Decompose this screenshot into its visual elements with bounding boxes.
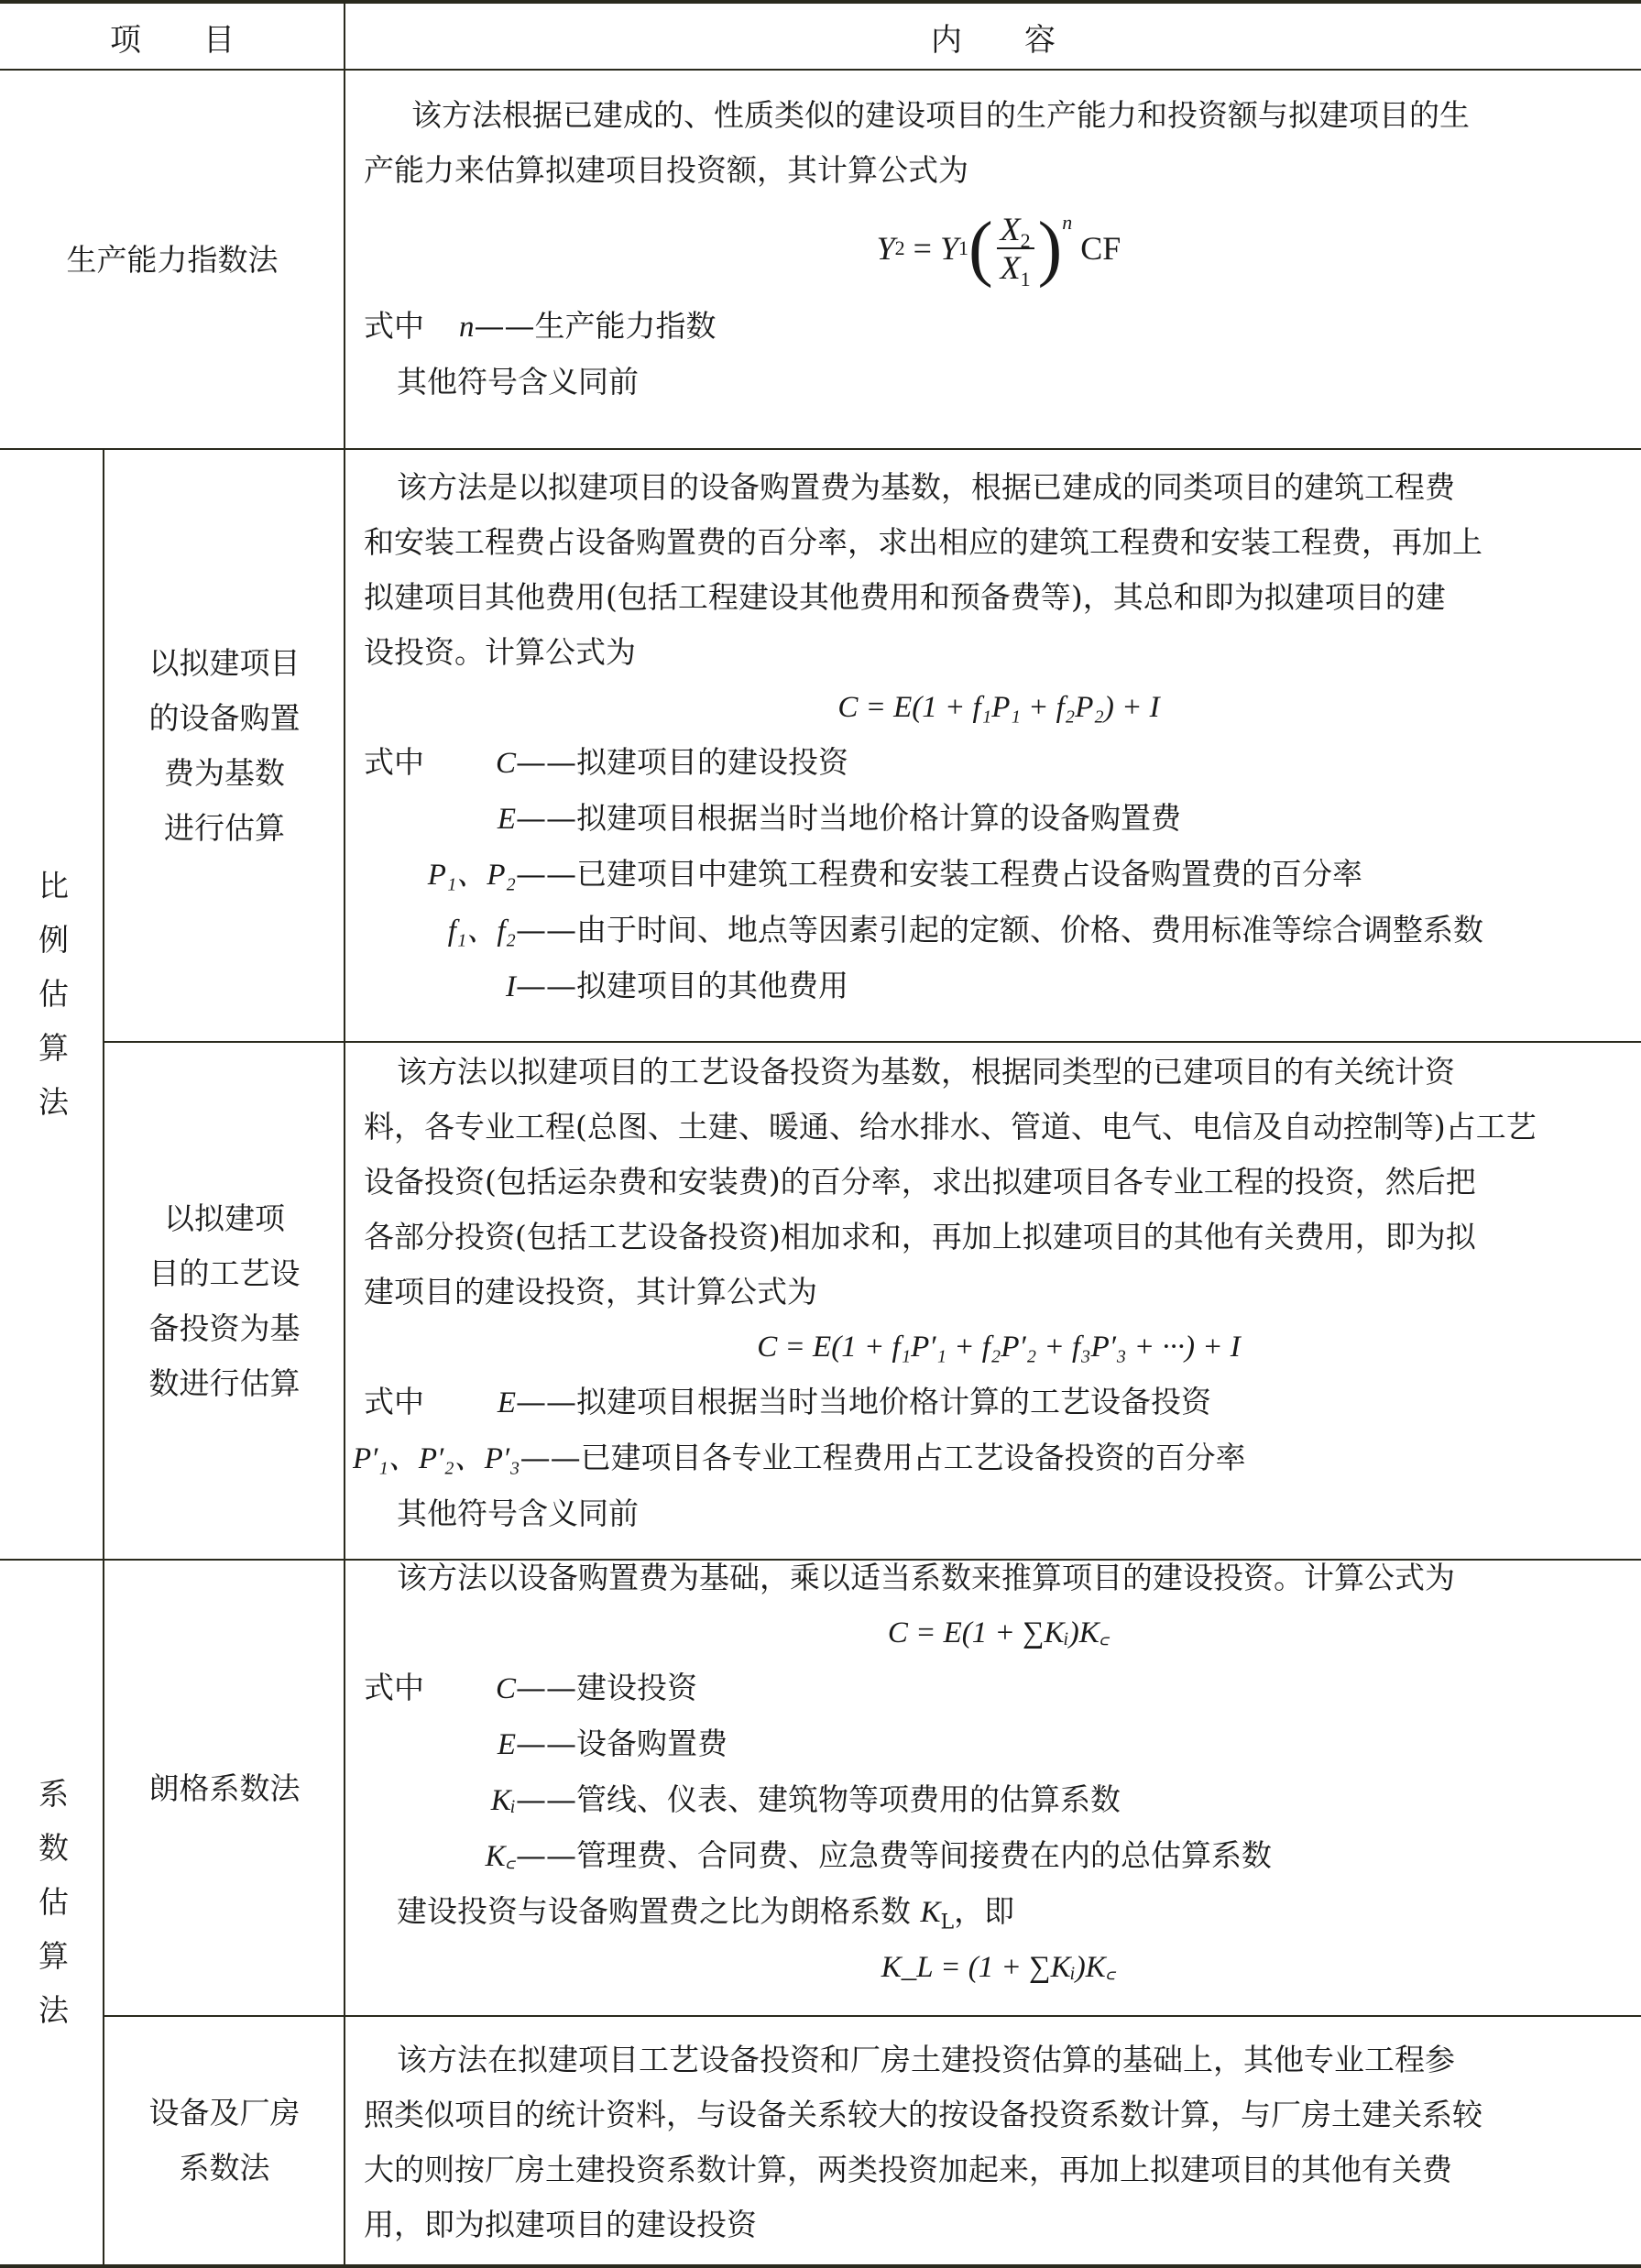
paragraph-line: 用，即为拟建项目的建设投资 (364, 2197, 1634, 2252)
definition-line: E——设备购置费 (364, 1716, 1634, 1772)
paragraph-line: 照类似项目的统计资料，与设备关系较大的按设备投资系数计算，与厂房土建关系较 (364, 2087, 1634, 2142)
left-paren: ( (968, 212, 993, 285)
fraction: X2 X1 (997, 211, 1034, 286)
table-bottom-rule (0, 2264, 1641, 2268)
right-paren: ) (1038, 212, 1063, 285)
method-label-line: 备投资为基 (149, 1301, 301, 1356)
content-process-equipment-base: 该方法以拟建项目的工艺设备投资为基数，根据同类型的已建项目的有关统计资 料，各专… (345, 1045, 1641, 1541)
header-item-label: 项 目 (110, 15, 235, 60)
paragraph-line: 大的则按厂房土建投资系数计算，两类投资加起来，再加上拟建项目的其他有关费 (364, 2142, 1634, 2197)
definition-line: f₁、f₂——由于时间、地点等因素引起的定额、价格、费用标准等综合调整系数 (364, 903, 1634, 959)
formula-lang-factor: K_L = (1 + ∑Kᵢ)K꜀ (364, 1940, 1634, 1995)
method-label-line: 的设备购置 (149, 691, 301, 746)
method-label: 朗格系数法 (149, 1761, 301, 1816)
content-capacity-index: 该方法根据已建成的、性质类似的建设项目的生产能力和投资额与拟建项目的生 产能力来… (345, 88, 1641, 410)
paragraph-line: 该方法根据已建成的、性质类似的建设项目的生产能力和投资额与拟建项目的生 (364, 88, 1634, 143)
category-coefficient: 系数估算法 (0, 1561, 103, 2265)
paragraph-line: 该方法在拟建项目工艺设备投资和厂房土建投资估算的基础上，其他专业工程参 (364, 2032, 1634, 2087)
header-content: 内 容 (345, 4, 1641, 70)
method-equipment-plant-factor: 设备及厂房 系数法 (104, 2017, 345, 2264)
extra-line: 建设投资与设备购置费之比为朗格系数 KL，即 (364, 1884, 1634, 1940)
content-equipment-plant-factor: 该方法在拟建项目工艺设备投资和厂房土建投资估算的基础上，其他专业工程参 照类似项… (345, 2032, 1641, 2252)
method-lang-factor: 朗格系数法 (104, 1561, 345, 2016)
definition-line: K꜀——管理费、合同费、应急费等间接费在内的总估算系数 (364, 1828, 1634, 1884)
method-label-line: 费为基数 (164, 746, 285, 801)
note-line: 其他符号含义同前 (364, 1486, 1634, 1541)
note-line: 其他符号含义同前 (364, 355, 1634, 410)
estimation-methods-table: 项 目 内 容 生产能力指数法 该方法根据已建成的、性质类似的建设项目的生产能力… (0, 0, 1641, 2268)
definition-line: 式中E——拟建项目根据当时当地价格计算的工艺设备投资 (364, 1375, 1634, 1430)
header-item: 项 目 (0, 4, 345, 70)
method-label-line: 系数法 (180, 2141, 270, 2196)
method-label-line: 进行估算 (164, 801, 285, 856)
content-equipment-purchase-base: 该方法是以拟建项目的设备购置费为基数，根据已建成的同类项目的建筑工程费 和安装工… (345, 460, 1641, 1014)
formula-process-equipment: C = E(1 + f₁P′₁ + f₂P′₂ + f₃P′₃ + ···) +… (364, 1320, 1634, 1375)
method-process-equipment-base: 以拟建项 目的工艺设 备投资为基 数进行估算 (104, 1043, 345, 1560)
method-label-line: 以拟建项目 (149, 636, 301, 691)
paragraph-line: 拟建项目其他费用(包括工程建设其他费用和预备费等)，其总和即为拟建项目的建 (364, 570, 1634, 625)
formula-lang: C = E(1 + ∑Kᵢ)K꜀ (364, 1605, 1634, 1660)
definition-line: I——拟建项目的其他费用 (364, 959, 1634, 1014)
definition-line: 式中C——建设投资 (364, 1660, 1634, 1716)
category-proportional: 比例估算法 (0, 450, 103, 1560)
formula-capacity-index: Y2 = Y1 ( X2 X1 )n CF (364, 198, 1634, 299)
method-label-line: 目的工艺设 (149, 1246, 301, 1301)
paragraph-line: 建项目的建设投资，其计算公式为 (364, 1265, 1634, 1320)
paragraph-line: 该方法是以拟建项目的设备购置费为基数，根据已建成的同类项目的建筑工程费 (364, 460, 1634, 515)
definition-line: Kᵢ——管线、仪表、建筑物等项费用的估算系数 (364, 1772, 1634, 1828)
method-label-line: 以拟建项 (164, 1191, 285, 1246)
method-label-line: 数进行估算 (149, 1356, 301, 1411)
method-equipment-purchase-base: 以拟建项目 的设备购置 费为基数 进行估算 (104, 450, 345, 1042)
definition-line: 式中n——生产能力指数 (364, 299, 1634, 355)
paragraph-line: 和安装工程费占设备购置费的百分率，求出相应的建筑工程费和安装工程费，再加上 (364, 515, 1634, 570)
method-label: 生产能力指数法 (67, 233, 279, 288)
paragraph-line: 该方法以设备购置费为基础，乘以适当系数来推算项目的建设投资。计算公式为 (364, 1550, 1634, 1605)
paragraph-line: 产能力来估算拟建项目投资额，其计算公式为 (364, 143, 1634, 198)
paragraph-line: 料，各专业工程(总图、土建、暖通、给水排水、管道、电气、电信及自动控制等)占工艺 (364, 1100, 1634, 1155)
method-capacity-index: 生产能力指数法 (0, 71, 345, 449)
paragraph-line: 设投资。计算公式为 (364, 625, 1634, 680)
method-label-line: 设备及厂房 (149, 2086, 301, 2141)
definition-line: E——拟建项目根据当时当地价格计算的设备购置费 (364, 791, 1634, 847)
header-content-label: 内 容 (931, 15, 1056, 60)
paragraph-line: 该方法以拟建项目的工艺设备投资为基数，根据同类型的已建项目的有关统计资 (364, 1045, 1634, 1100)
definition-line: 式中C——拟建项目的建设投资 (364, 735, 1634, 791)
content-lang-factor: 该方法以设备购置费为基础，乘以适当系数来推算项目的建设投资。计算公式为 C = … (345, 1550, 1641, 1995)
definition-line: P′₁、P′₂、P′₃——已建项目各专业工程费用占工艺设备投资的百分率 (353, 1430, 1634, 1486)
paragraph-line: 设备投资(包括运杂费和安装费)的百分率，求出拟建项目各专业工程的投资，然后把 (364, 1155, 1634, 1210)
formula-equipment-purchase: C = E(1 + f₁P₁ + f₂P₂) + I (364, 680, 1634, 735)
category-label: 系数估算法 (24, 1778, 79, 2048)
paragraph-line: 各部分投资(包括工艺设备投资)相加求和，再加上拟建项目的其他有关费用，即为拟 (364, 1210, 1634, 1265)
category-label: 比例估算法 (24, 870, 79, 1140)
definition-line: P₁、P₂——已建项目中建筑工程费和安装工程费占设备购置费的百分率 (364, 847, 1634, 903)
